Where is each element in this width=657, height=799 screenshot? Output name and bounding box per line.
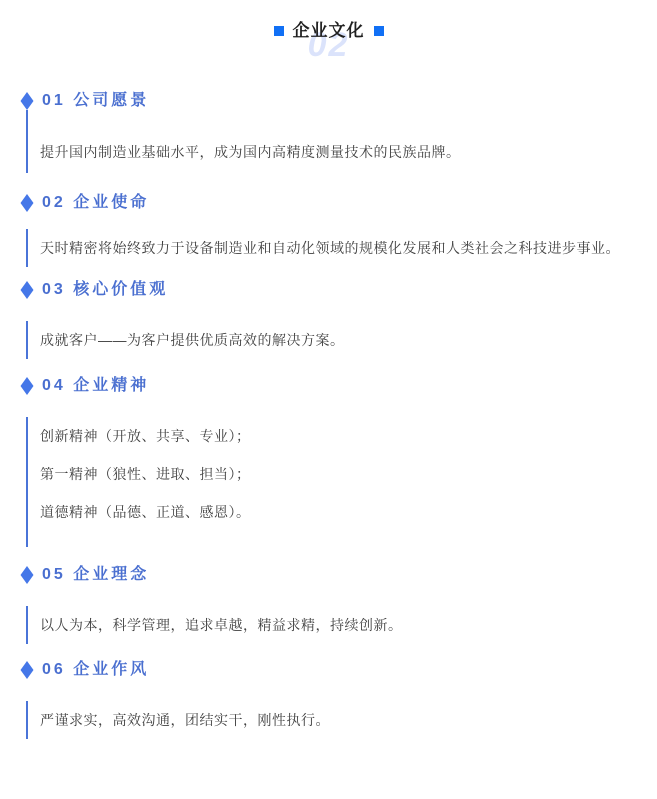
title-accent-square-right-icon (374, 26, 384, 36)
section-heading: 04 企业精神 (0, 377, 657, 395)
section-core-values: 03 核心价值观 成就客户——为客户提供优质高效的解决方案。 (0, 281, 657, 359)
section-body: 提升国内制造业基础水平，成为国内高精度测量技术的民族品牌。 (26, 110, 649, 173)
section-heading: 06 企业作风 (0, 661, 657, 679)
title-accent-square-left-icon (274, 26, 284, 36)
section-heading: 01 公司愿景 (0, 92, 657, 110)
section-body: 天时精密将始终致力于设备制造业和自动化领域的规模化发展和人类社会之科技进步事业。 (26, 229, 649, 267)
section-corporate-mission: 02 企业使命 天时精密将始终致力于设备制造业和自动化领域的规模化发展和人类社会… (0, 194, 657, 267)
section-heading: 03 核心价值观 (0, 281, 657, 299)
section-title: 01 公司愿景 (42, 92, 149, 110)
diamond-bullet-icon (20, 566, 34, 584)
section-title: 04 企业精神 (42, 377, 149, 395)
section-title: 02 企业使命 (42, 194, 149, 212)
diamond-bullet-icon (20, 377, 34, 395)
section-heading: 05 企业理念 (0, 566, 657, 584)
section-paragraph: 创新精神（开放、共享、专业）； (40, 417, 649, 455)
section-company-vision: 01 公司愿景 提升国内制造业基础水平，成为国内高精度测量技术的民族品牌。 (0, 92, 657, 173)
section-business-philosophy: 05 企业理念 以人为本，科学管理，追求卓越，精益求精，持续创新。 (0, 566, 657, 644)
section-paragraph: 提升国内制造业基础水平，成为国内高精度测量技术的民族品牌。 (40, 133, 649, 171)
section-body: 创新精神（开放、共享、专业）； 第一精神（狼性、进取、担当）； 道德精神（品德、… (26, 417, 649, 547)
page-title: 企业文化 (293, 22, 365, 39)
section-title: 03 核心价值观 (42, 281, 168, 299)
diamond-bullet-icon (20, 194, 34, 212)
section-title: 06 企业作风 (42, 661, 149, 679)
section-body: 严谨求实，高效沟通，团结实干，刚性执行。 (26, 701, 649, 739)
diamond-bullet-icon (20, 92, 34, 110)
section-enterprise-spirit: 04 企业精神 创新精神（开放、共享、专业）； 第一精神（狼性、进取、担当）； … (0, 377, 657, 547)
title-row: 企业文化 (0, 0, 657, 39)
diamond-bullet-icon (20, 661, 34, 679)
section-body: 以人为本，科学管理，追求卓越，精益求精，持续创新。 (26, 606, 649, 644)
section-heading: 02 企业使命 (0, 194, 657, 212)
section-body: 成就客户——为客户提供优质高效的解决方案。 (26, 321, 649, 359)
section-paragraph: 以人为本，科学管理，追求卓越，精益求精，持续创新。 (40, 606, 649, 644)
diamond-bullet-icon (20, 281, 34, 299)
section-work-style: 06 企业作风 严谨求实，高效沟通，团结实干，刚性执行。 (0, 661, 657, 739)
section-paragraph: 天时精密将始终致力于设备制造业和自动化领域的规模化发展和人类社会之科技进步事业。 (40, 229, 649, 267)
section-paragraph: 第一精神（狼性、进取、担当）； (40, 455, 649, 493)
section-paragraph: 道德精神（品德、正道、感恩）。 (40, 493, 649, 531)
page-header: 02 企业文化 (0, 0, 657, 62)
section-paragraph: 成就客户——为客户提供优质高效的解决方案。 (40, 321, 649, 359)
section-paragraph: 严谨求实，高效沟通，团结实干，刚性执行。 (40, 701, 649, 739)
section-title: 05 企业理念 (42, 566, 149, 584)
